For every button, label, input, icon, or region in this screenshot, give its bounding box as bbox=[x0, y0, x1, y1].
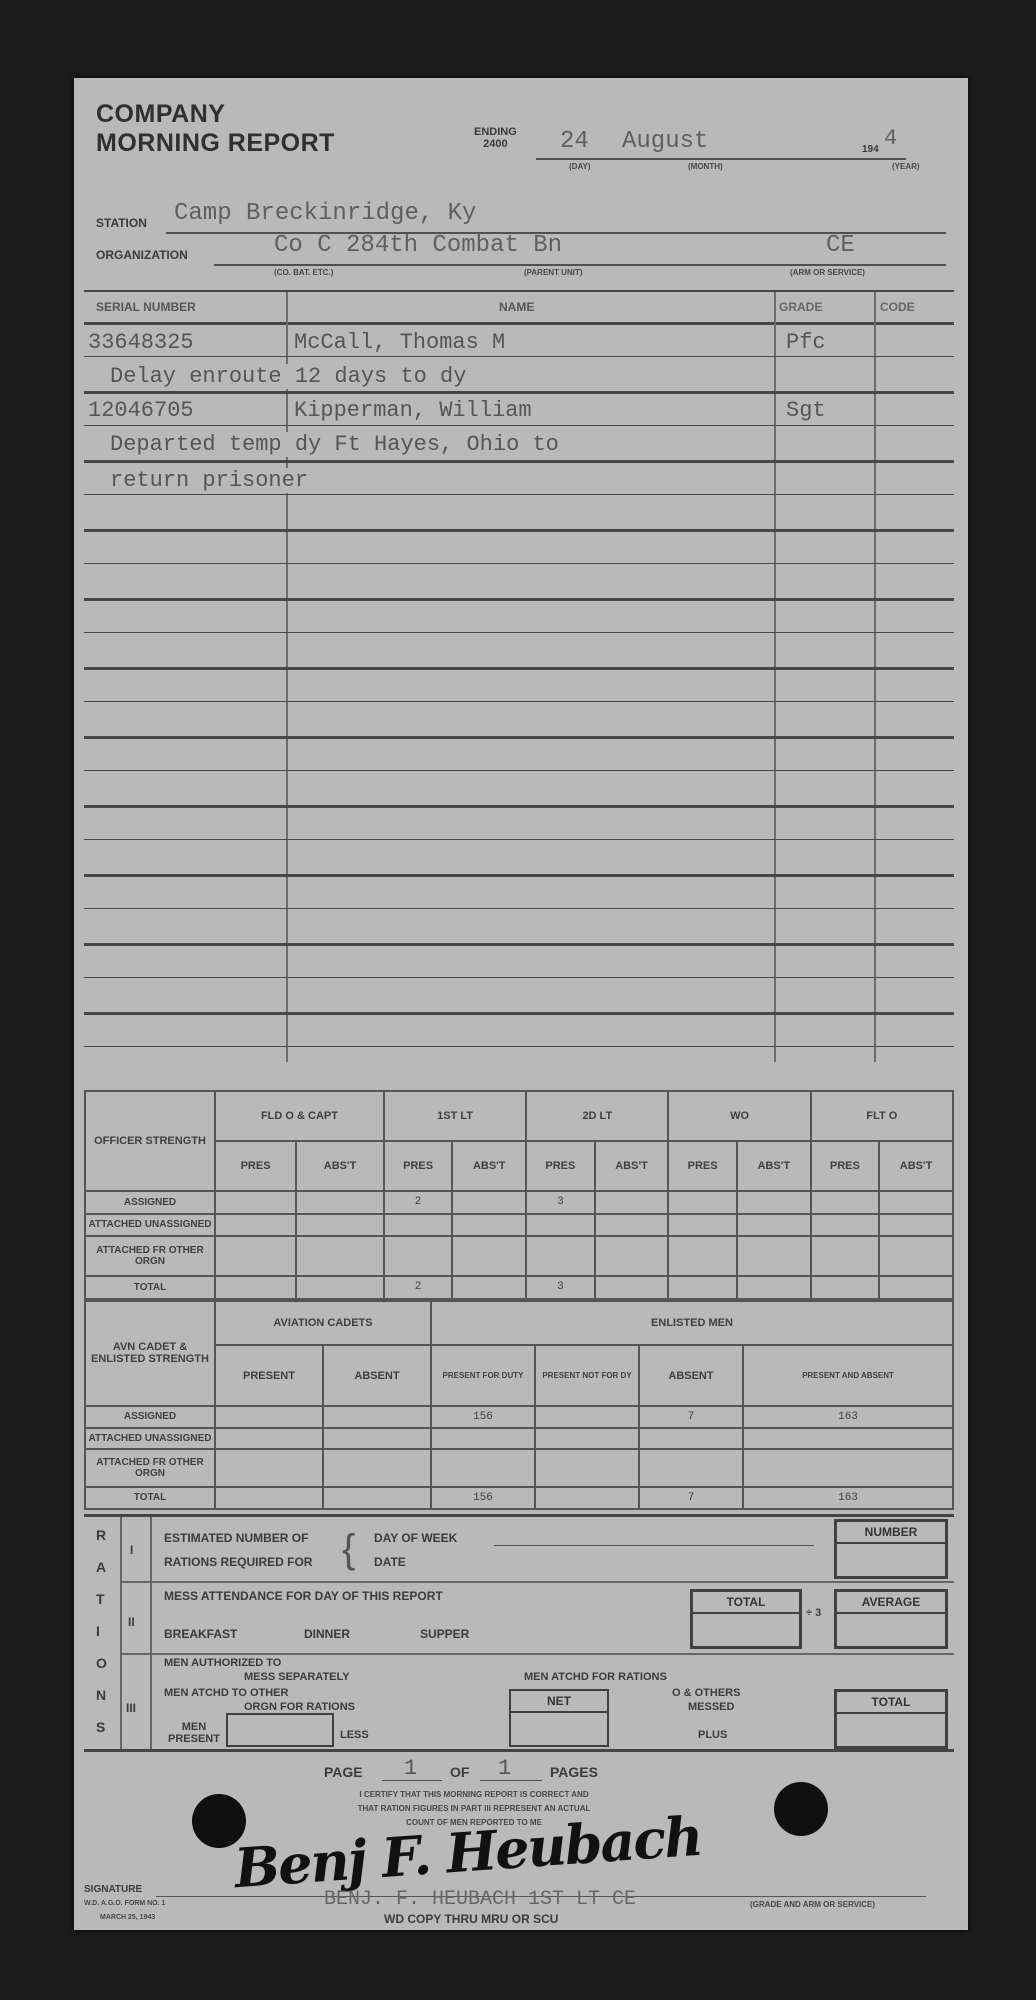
supper-label: SUPPER bbox=[420, 1627, 469, 1641]
organization-label: ORGANIZATION bbox=[96, 248, 188, 262]
officer-cell bbox=[737, 1236, 811, 1276]
date-line bbox=[536, 130, 906, 160]
enlisted-cell bbox=[535, 1487, 639, 1509]
header-grade: GRADE bbox=[779, 300, 822, 314]
enlisted-cell: 156 bbox=[431, 1487, 535, 1509]
officer-cell bbox=[526, 1236, 594, 1276]
date-label: DATE bbox=[374, 1555, 406, 1569]
punch-hole-right bbox=[774, 1782, 828, 1836]
officer-cell bbox=[296, 1191, 384, 1214]
entry2-remark-cont: return prisoner bbox=[110, 468, 314, 493]
rule bbox=[84, 839, 954, 840]
men-present-box[interactable] bbox=[226, 1713, 334, 1747]
subheader-pres: PRES bbox=[384, 1141, 452, 1191]
enlisted-cell bbox=[639, 1449, 743, 1487]
rule bbox=[84, 356, 954, 357]
officer-cell bbox=[737, 1214, 811, 1236]
officer-cell bbox=[668, 1191, 736, 1214]
rations-total-label: TOTAL bbox=[837, 1692, 945, 1714]
sec2-number: II bbox=[128, 1615, 135, 1629]
officer-cell bbox=[526, 1214, 594, 1236]
mess-total-box[interactable]: TOTAL bbox=[690, 1589, 802, 1649]
breakfast-label: BREAKFAST bbox=[164, 1627, 237, 1641]
officer-cell bbox=[811, 1236, 879, 1276]
officer-cell bbox=[811, 1214, 879, 1236]
officer-cell bbox=[668, 1276, 736, 1299]
group-wo: WO bbox=[668, 1091, 810, 1141]
officer-cell bbox=[452, 1214, 526, 1236]
mess-total-label: TOTAL bbox=[693, 1592, 799, 1614]
group-flto: FLT O bbox=[811, 1091, 953, 1141]
header-name: NAME bbox=[499, 300, 534, 314]
rule bbox=[84, 908, 954, 909]
enlisted-cell bbox=[431, 1428, 535, 1449]
officer-cell bbox=[452, 1276, 526, 1299]
plus-label: PLUS bbox=[698, 1729, 727, 1741]
mess-attendance-title: MESS ATTENDANCE FOR DAY OF THIS REPORT bbox=[164, 1589, 443, 1603]
officer-cell bbox=[215, 1276, 296, 1299]
officer-cell bbox=[384, 1236, 452, 1276]
auth-line1: MEN AUTHORIZED TO bbox=[164, 1657, 281, 1669]
grade-caption: (GRADE AND ARM OR SERVICE) bbox=[750, 1900, 875, 1909]
subheader-abs: ABS'T bbox=[595, 1141, 669, 1191]
of-label: OF bbox=[450, 1764, 469, 1780]
rule bbox=[84, 391, 954, 394]
subheader-pres: PRES bbox=[526, 1141, 594, 1191]
enlisted-cell bbox=[535, 1449, 639, 1487]
enlisted-strength-table: AVN CADET & ENLISTED STRENGTH AVIATION C… bbox=[84, 1300, 954, 1510]
rule bbox=[84, 667, 954, 670]
rule bbox=[120, 1653, 954, 1655]
row-label: ATTACHED FR OTHER ORGN bbox=[85, 1449, 215, 1487]
ending-time: 2400 bbox=[474, 138, 517, 150]
form-title-line2: MORNING REPORT bbox=[96, 129, 335, 158]
enlisted-col-header: ABSENT bbox=[639, 1345, 743, 1405]
officer-subheaders: PRESABS'TPRESABS'TPRESABS'TPRESABS'TPRES… bbox=[85, 1141, 953, 1191]
officer-cell bbox=[215, 1214, 296, 1236]
divider bbox=[286, 292, 288, 1062]
page-number: 1 bbox=[404, 1756, 417, 1781]
rations-letter: R bbox=[96, 1527, 106, 1543]
divider bbox=[874, 292, 876, 1062]
rule bbox=[84, 322, 954, 325]
dinner-label: DINNER bbox=[304, 1627, 350, 1641]
sec1-number: I bbox=[130, 1543, 133, 1557]
officer-cell bbox=[595, 1276, 669, 1299]
enlisted-cell: 7 bbox=[639, 1406, 743, 1428]
enlisted-cell: 163 bbox=[743, 1406, 953, 1428]
officer-cell bbox=[811, 1276, 879, 1299]
group-1lt: 1ST LT bbox=[384, 1091, 526, 1141]
enlisted-cell bbox=[215, 1406, 323, 1428]
rule bbox=[84, 529, 954, 532]
morning-report-form: COMPANY MORNING REPORT ENDING 2400 24 Au… bbox=[74, 78, 968, 1930]
subheader-abs: ABS'T bbox=[452, 1141, 526, 1191]
year-caption: (YEAR) bbox=[892, 162, 920, 171]
sec1-text1: ESTIMATED NUMBER OF bbox=[164, 1531, 308, 1545]
subheader-pres: PRES bbox=[668, 1141, 736, 1191]
officer-cell bbox=[384, 1214, 452, 1236]
rule bbox=[84, 701, 954, 702]
officer-cell bbox=[452, 1191, 526, 1214]
enlisted-col-header: PRESENT FOR DUTY bbox=[431, 1345, 535, 1405]
page-total: 1 bbox=[498, 1756, 511, 1781]
enlisted-cell bbox=[215, 1428, 323, 1449]
enlisted-col-header: PRESENT AND ABSENT bbox=[743, 1345, 953, 1405]
row-label: ASSIGNED bbox=[85, 1191, 215, 1214]
enlisted-cell: 163 bbox=[743, 1487, 953, 1509]
officer-cell bbox=[215, 1191, 296, 1214]
entry2-name: Kipperman, William bbox=[294, 398, 532, 423]
rule bbox=[84, 805, 954, 808]
divide-by-three: ÷ 3 bbox=[806, 1607, 821, 1619]
officer-strength-title: OFFICER STRENGTH bbox=[85, 1091, 215, 1191]
others-line2: MESSED bbox=[688, 1701, 734, 1713]
copy-note: WD COPY THRU MRU OR SCU bbox=[384, 1912, 558, 1926]
row-label: ATTACHED FR OTHER ORGN bbox=[85, 1236, 215, 1276]
men-present-label: MEN PRESENT bbox=[164, 1721, 224, 1745]
group-fld: FLD O & CAPT bbox=[215, 1091, 384, 1141]
enlisted-cell bbox=[535, 1406, 639, 1428]
officer-cell: 2 bbox=[384, 1276, 452, 1299]
officer-rows: ASSIGNED23ATTACHED UNASSIGNEDATTACHED FR… bbox=[85, 1191, 953, 1299]
average-box[interactable]: AVERAGE bbox=[834, 1589, 948, 1649]
average-label: AVERAGE bbox=[837, 1592, 945, 1614]
rule bbox=[84, 290, 954, 292]
group-2lt: 2D LT bbox=[526, 1091, 668, 1141]
rule bbox=[84, 977, 954, 978]
officer-cell bbox=[879, 1276, 953, 1299]
enlisted-cell bbox=[431, 1449, 535, 1487]
officer-cell bbox=[595, 1236, 669, 1276]
sec3-number: III bbox=[126, 1701, 136, 1715]
enlisted-men-header: ENLISTED MEN bbox=[431, 1301, 953, 1345]
rations-section: RATIONS I ESTIMATED NUMBER OF RATIONS RE… bbox=[84, 1514, 954, 1752]
day-of-week-line bbox=[494, 1545, 814, 1546]
rule bbox=[84, 494, 954, 495]
parent-caption: (PARENT UNIT) bbox=[524, 268, 583, 277]
enlisted-cell: 7 bbox=[639, 1487, 743, 1509]
officer-cell bbox=[296, 1236, 384, 1276]
officer-cell bbox=[668, 1214, 736, 1236]
rule bbox=[84, 943, 954, 946]
report-year: 4 bbox=[884, 126, 897, 151]
entry2-remark: Departed temp dy Ft Hayes, Ohio to bbox=[110, 432, 565, 457]
enlisted-col-header: PRESENT NOT FOR DY bbox=[535, 1345, 639, 1405]
ending-label: ENDING 2400 bbox=[474, 126, 517, 150]
rations-letter: I bbox=[96, 1623, 100, 1639]
page-label: PAGE bbox=[324, 1764, 363, 1780]
header-serial: SERIAL NUMBER bbox=[96, 300, 196, 314]
enlisted-cell bbox=[323, 1428, 431, 1449]
rule bbox=[84, 563, 954, 564]
day-of-week-label: DAY OF WEEK bbox=[374, 1531, 457, 1545]
row-label: ATTACHED UNASSIGNED bbox=[85, 1428, 215, 1449]
co-caption: (CO. BAT. ETC.) bbox=[274, 268, 333, 277]
rations-total-box[interactable]: TOTAL bbox=[834, 1689, 948, 1749]
form-title-line1: COMPANY bbox=[96, 100, 225, 129]
atchd-other-line2: ORGN FOR RATIONS bbox=[244, 1701, 355, 1713]
rule bbox=[120, 1581, 954, 1583]
row-label: ATTACHED UNASSIGNED bbox=[85, 1214, 215, 1236]
enlisted-col-header: ABSENT bbox=[323, 1345, 431, 1405]
rule bbox=[84, 770, 954, 771]
enlisted-cell bbox=[323, 1487, 431, 1509]
report-month: August bbox=[622, 128, 708, 155]
signature-label: SIGNATURE bbox=[84, 1884, 142, 1895]
sec1-text2: RATIONS REQUIRED FOR bbox=[164, 1555, 312, 1569]
officer-cell: 2 bbox=[384, 1191, 452, 1214]
row-label: TOTAL bbox=[85, 1487, 215, 1509]
enlisted-cell bbox=[743, 1449, 953, 1487]
entry2-grade: Sgt bbox=[786, 398, 826, 423]
number-box-label: NUMBER bbox=[837, 1522, 945, 1544]
officer-cell bbox=[296, 1214, 384, 1236]
officer-cell bbox=[737, 1191, 811, 1214]
enlisted-strength-title: AVN CADET & ENLISTED STRENGTH bbox=[85, 1301, 215, 1406]
enlisted-cell bbox=[215, 1449, 323, 1487]
rations-side-label: RATIONS bbox=[84, 1517, 122, 1749]
entry1-grade: Pfc bbox=[786, 330, 826, 355]
rule bbox=[84, 632, 954, 633]
net-label: NET bbox=[511, 1691, 607, 1713]
officer-cell: 3 bbox=[526, 1191, 594, 1214]
officer-cell bbox=[668, 1236, 736, 1276]
rule bbox=[84, 460, 954, 463]
year-prefix: 194 bbox=[862, 144, 879, 155]
station-label: STATION bbox=[96, 216, 147, 230]
atchd-rations-label: MEN ATCHD FOR RATIONS bbox=[524, 1671, 667, 1683]
entry1-remark: Delay enroute 12 days to dy bbox=[110, 364, 472, 389]
organization-value: Co C 284th Combat Bn bbox=[274, 232, 562, 259]
enlisted-cell bbox=[323, 1449, 431, 1487]
less-label: LESS bbox=[340, 1729, 369, 1741]
rations-letter: A bbox=[96, 1559, 106, 1575]
row-label: TOTAL bbox=[85, 1276, 215, 1299]
rule bbox=[84, 425, 954, 426]
rations-letter: N bbox=[96, 1687, 106, 1703]
rule bbox=[84, 1012, 954, 1015]
arm-service-value: CE bbox=[826, 232, 855, 259]
rule bbox=[84, 736, 954, 739]
rule bbox=[84, 598, 954, 601]
officer-cell bbox=[879, 1214, 953, 1236]
subheader-pres: PRES bbox=[215, 1141, 296, 1191]
rations-letter: S bbox=[96, 1719, 105, 1735]
subheader-abs: ABS'T bbox=[737, 1141, 811, 1191]
entry2-serial: 12046705 bbox=[88, 398, 194, 423]
divider bbox=[774, 292, 776, 1062]
officer-cell bbox=[452, 1236, 526, 1276]
rule bbox=[84, 1046, 954, 1047]
enlisted-cell bbox=[743, 1428, 953, 1449]
number-box[interactable]: NUMBER bbox=[834, 1519, 948, 1579]
station-value: Camp Breckinridge, Ky bbox=[174, 200, 476, 227]
subheader-abs: ABS'T bbox=[296, 1141, 384, 1191]
officer-cell bbox=[811, 1191, 879, 1214]
rule bbox=[84, 874, 954, 877]
officer-cell: 3 bbox=[526, 1276, 594, 1299]
aviation-cadets-header: AVIATION CADETS bbox=[215, 1301, 431, 1345]
entry1-serial: 33648325 bbox=[88, 330, 194, 355]
enlisted-col-header: PRESENT bbox=[215, 1345, 323, 1405]
officer-cell bbox=[595, 1214, 669, 1236]
officer-cell bbox=[879, 1236, 953, 1276]
rations-letter: T bbox=[96, 1591, 105, 1607]
auth-line2: MESS SEPARATELY bbox=[244, 1671, 350, 1683]
subheader-abs: ABS'T bbox=[879, 1141, 953, 1191]
enlisted-cell bbox=[535, 1428, 639, 1449]
form-date: MARCH 25, 1943 bbox=[100, 1914, 155, 1921]
enlisted-rows: ASSIGNED1567163ATTACHED UNASSIGNEDATTACH… bbox=[85, 1406, 953, 1509]
report-day: 24 bbox=[560, 128, 589, 155]
enlisted-subheaders: PRESENTABSENTPRESENT FOR DUTYPRESENT NOT… bbox=[85, 1345, 953, 1405]
header-code: CODE bbox=[880, 300, 915, 314]
officer-cell bbox=[296, 1276, 384, 1299]
form-number: W.D. A.G.O. FORM NO. 1 bbox=[84, 1900, 165, 1907]
signer-typed-name: BENJ. F. HEUBACH 1ST LT CE bbox=[324, 1888, 636, 1911]
row-label: ASSIGNED bbox=[85, 1406, 215, 1428]
officer-cell bbox=[215, 1236, 296, 1276]
enlisted-cell bbox=[215, 1487, 323, 1509]
others-line1: O & OTHERS bbox=[672, 1687, 740, 1699]
officer-cell bbox=[595, 1191, 669, 1214]
arm-caption: (ARM OR SERVICE) bbox=[790, 268, 865, 277]
officer-cell bbox=[879, 1191, 953, 1214]
enlisted-cell: 156 bbox=[431, 1406, 535, 1428]
rations-letter: O bbox=[96, 1655, 107, 1671]
officer-strength-table: OFFICER STRENGTH FLD O & CAPT 1ST LT 2D … bbox=[84, 1090, 954, 1300]
day-caption: (DAY) bbox=[569, 162, 590, 171]
pages-label: PAGES bbox=[550, 1764, 598, 1780]
subheader-pres: PRES bbox=[811, 1141, 879, 1191]
officer-cell bbox=[737, 1276, 811, 1299]
enlisted-cell bbox=[639, 1428, 743, 1449]
atchd-other-line1: MEN ATCHD TO OTHER bbox=[164, 1687, 288, 1699]
brace: { bbox=[342, 1527, 355, 1571]
enlisted-cell bbox=[323, 1406, 431, 1428]
certify-line1: I CERTIFY THAT THIS MORNING REPORT IS CO… bbox=[314, 1788, 634, 1802]
ending-word: ENDING bbox=[474, 126, 517, 138]
entry1-name: McCall, Thomas M bbox=[294, 330, 505, 355]
month-caption: (MONTH) bbox=[688, 162, 723, 171]
net-box[interactable]: NET bbox=[509, 1689, 609, 1747]
